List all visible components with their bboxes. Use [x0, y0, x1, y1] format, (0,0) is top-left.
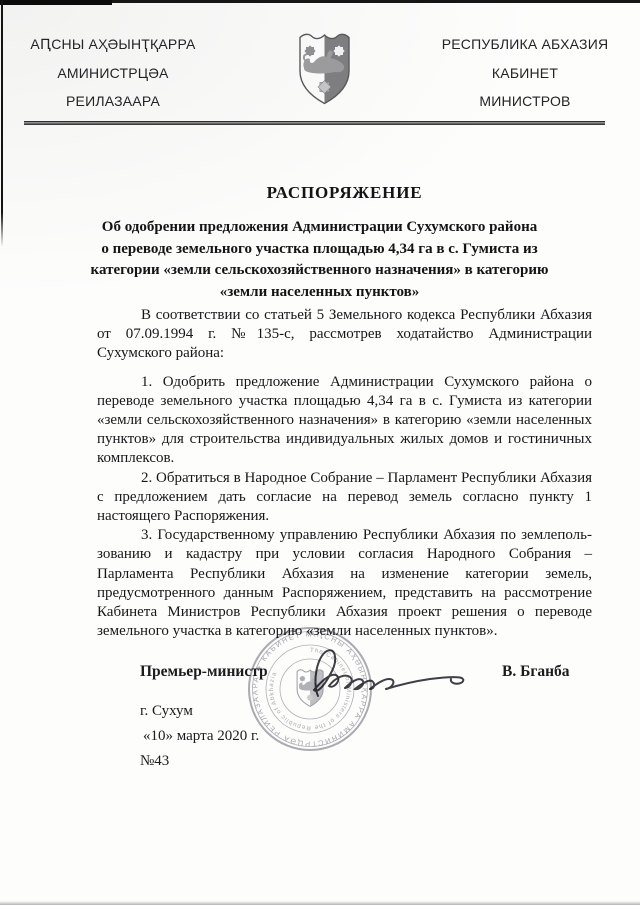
document-type-title: РАСПОРЯЖЕНИЕ [97, 183, 592, 203]
signature-scrawl [304, 644, 476, 711]
signatory-role: Премьер-министр [140, 663, 268, 681]
scan-edge-bottom [0, 901, 640, 905]
header-org-russian: РЕСПУБЛИКА АБХАЗИЯ КАБИНЕТ МИНИСТРОВ [425, 30, 625, 116]
org-line: КАБИНЕТ [425, 59, 625, 88]
document-city: г. Сухум [140, 699, 259, 724]
org-line: АԤСНЫ АҲӘЫНҬҚАРРА [13, 30, 213, 59]
org-line: РЕСПУБЛИКА АБХАЗИЯ [425, 30, 625, 59]
document-subject: Об одобрении предложения Администрации С… [67, 217, 572, 303]
org-line: МИНИСТРОВ [425, 87, 625, 116]
signatory-name: В. Бганба [502, 663, 570, 681]
document-number: №43 [140, 749, 259, 774]
intro-paragraph: В соответствии со статьей 5 Земельного к… [97, 306, 592, 364]
scan-edge-top-left [0, 0, 112, 5]
header-divider [24, 121, 605, 125]
org-line: РЕИЛАЗААРА [13, 87, 213, 116]
org-line: АМИНИСТРЦӘА [13, 59, 213, 88]
subject-line: Об одобрении предложения Администрации С… [67, 217, 572, 239]
order-item-2: 2. Обратиться в Народное Собрание – Парл… [97, 469, 592, 527]
scan-edge-left [1, 0, 3, 247]
order-item-1: 1. Одобрить предложение Администрации Су… [97, 373, 592, 469]
document-date: «10» марта 2020 г. [140, 724, 259, 749]
header-org-abkhazian: АԤСНЫ АҲӘЫНҬҚАРРА АМИНИСТРЦӘА РЕИЛАЗААРА [13, 30, 213, 116]
subject-line: о переводе земельного участка площадью 4… [67, 239, 572, 261]
document-page: АԤСНЫ АҲӘЫНҬҚАРРА АМИНИСТРЦӘА РЕИЛАЗААРА [0, 0, 640, 905]
subject-line: категории «земли сельскохозяйственного н… [67, 260, 572, 282]
document-meta: г. Сухум «10» марта 2020 г. №43 [140, 699, 259, 773]
coat-of-arms-abkhazia-icon [296, 31, 353, 113]
subject-line: «земли населенных пунктов» [67, 282, 572, 304]
document-body: В соответствии со статьей 5 Земельного к… [97, 306, 592, 641]
